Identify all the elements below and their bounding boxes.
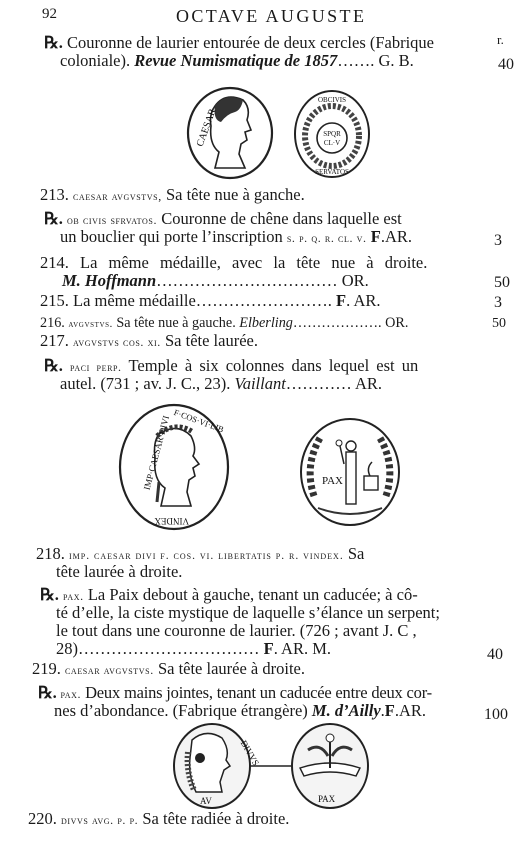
svg-text:PAX: PAX [322, 475, 343, 487]
source-citation: M. Hoffmann [62, 271, 156, 290]
price: 40 [463, 646, 503, 664]
price: 3 [462, 294, 502, 312]
coin-obverse-caesar-augustus: CAESAR AVGVSTVS [185, 86, 275, 180]
reverse-legend: paci perp. [70, 360, 122, 374]
page-number: 92 [42, 6, 57, 23]
reverse-legend: ob civis sfrvatos. [67, 213, 157, 227]
entry-219-obverse: 219. caesar avgvstvs. Sa tête laurée à d… [32, 660, 305, 679]
entry-213-obverse: 213. caesar avgvstvs, Sa tête nue à ganc… [40, 186, 305, 205]
metal: G. B. [379, 51, 414, 70]
flan-mark: F [371, 227, 381, 246]
coin-reverse-pax: PAX [298, 416, 402, 528]
entry-217-reverse-line-2: autel. (731 ; av. J. C., 23). Vaillant……… [60, 375, 382, 393]
entry-218-reverse-line-2: té d’elle, la ciste mystique de laquelle… [56, 604, 440, 622]
price: 100 [456, 706, 508, 724]
svg-text:VINDEX: VINDEX [154, 516, 189, 526]
obverse-legend: caesar avgvstvs. [65, 663, 154, 677]
coin-reverse-ob-civis-servatos: SPQR CL·V OBCIVIS SERVATOS [292, 88, 372, 180]
entry-218-reverse-line-3: le tout dans une couronne de laurier. (7… [56, 622, 417, 640]
entry-218-reverse-line-4: 28)…………………………… F. AR. M. [56, 640, 331, 658]
entry-214-line-2: M. Hoffmann…………………………… OR. [62, 272, 369, 290]
entry-220-obverse: 220. divvs avg. p. p. Sa tête radiée à d… [28, 810, 289, 829]
svg-text:CL·V: CL·V [324, 139, 340, 147]
price: 50 [466, 316, 506, 332]
running-title: OCTAVE AUGUSTE [176, 6, 366, 27]
source-citation: Revue Numismatique de 1857 [134, 51, 337, 70]
svg-text:OBCIVIS: OBCIVIS [318, 96, 346, 104]
entry-214-line-1: 214. La même médaille, avec la tête nue … [40, 254, 427, 272]
obverse-legend: avgvstvs. [68, 319, 112, 330]
metal: .AR. [395, 701, 426, 720]
source-citation: Elberling [239, 315, 293, 331]
entry-219-reverse-line-2: nes d’abondance. (Fabrique étrangère) M.… [54, 702, 426, 720]
entry-215: 215. La même médaille……………………. F. AR. [40, 292, 381, 310]
source-citation: M. d’Ailly [312, 701, 381, 720]
price: 50 [470, 274, 510, 292]
reverse-legend: pax. [60, 687, 81, 701]
price: 3 [462, 232, 502, 250]
metal: OR. [342, 271, 369, 290]
metal: AR. [355, 374, 382, 393]
obverse-legend: imp. caesar divi f. cos. vi. libertatis … [69, 549, 344, 562]
metal: OR. [385, 315, 408, 331]
coin-obverse-imp-caesar-divi-f: IMP·CAESAR·DIVI F·COS·VI·LIB ERTATIS·P·R… [117, 402, 231, 532]
reverse-legend: pax. [63, 589, 84, 603]
flan-mark: F [385, 701, 395, 720]
price: 40 [474, 56, 514, 74]
book-page: 92 OCTAVE AUGUSTE r. ℞. Couronne de laur… [0, 0, 522, 845]
entry-prev-reverse-line-1: ℞. Couronne de laurier entourée de deux … [44, 34, 434, 52]
entry-218-obverse-line-2: tête laurée à droite. [56, 563, 182, 581]
source-citation: Vaillant [234, 374, 285, 393]
svg-text:AV: AV [200, 796, 212, 806]
metal: . AR. [346, 291, 380, 310]
svg-text:PAX: PAX [318, 794, 336, 804]
svg-text:AVGVSTVS: AVGVSTVS [273, 123, 275, 176]
flan-mark: F [264, 639, 274, 658]
rarity-column-label: r. [497, 32, 504, 48]
coin-pair-divus-augustus: DIVVS AV PAX [170, 722, 370, 812]
obverse-legend: avgvstvs cos. xi. [73, 335, 161, 349]
svg-text:SERVATOS: SERVATOS [315, 168, 349, 176]
metal: . AR. M. [274, 639, 331, 658]
entry-217-obverse: 217. avgvstvs cos. xi. Sa tête laurée. [40, 332, 258, 351]
flan-mark: F [336, 291, 346, 310]
obverse-legend: divvs avg. p. p. [61, 813, 138, 827]
entry-number: 213. [40, 185, 69, 204]
entry-213-reverse-line-2: un bouclier qui porte l’inscription s. p… [60, 228, 412, 247]
reverse-symbol: ℞. [44, 33, 63, 52]
obverse-legend: caesar avgvstvs, [73, 189, 162, 203]
svg-text:SPQR: SPQR [323, 130, 341, 138]
inscription: s. p. q. r. cl. v. [287, 231, 367, 245]
entry-prev-reverse-line-2: coloniale). Revue Numismatique de 1857……… [60, 52, 414, 70]
metal: .AR. [381, 227, 412, 246]
